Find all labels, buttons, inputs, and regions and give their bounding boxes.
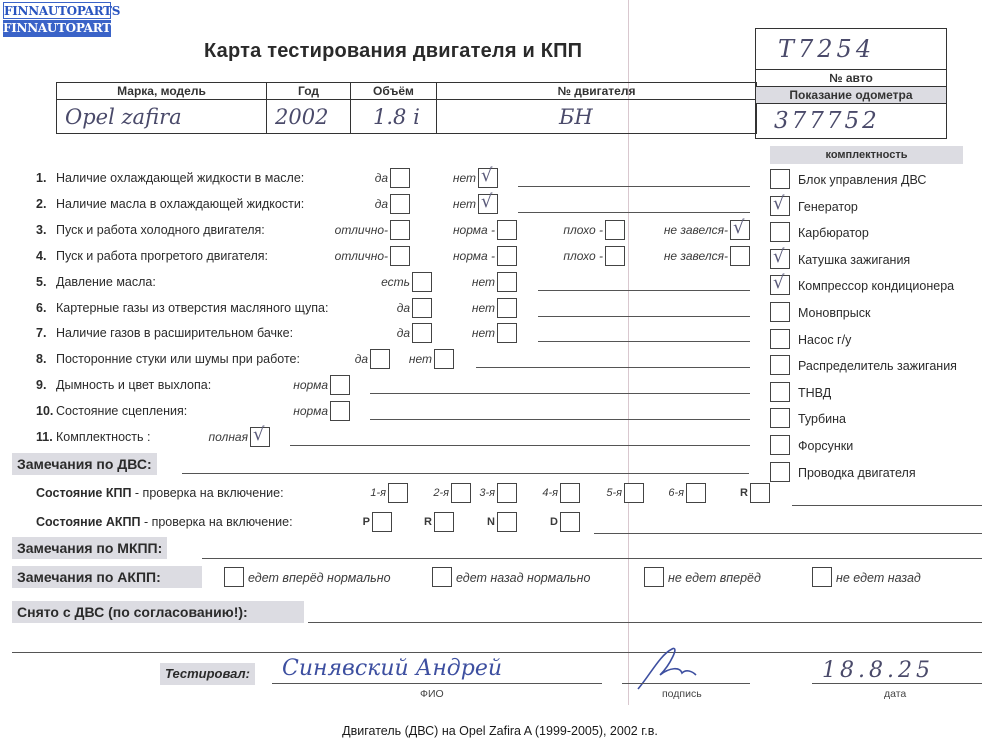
date-caption: дата <box>884 688 906 700</box>
completeness-checkbox[interactable]: √ <box>770 249 790 269</box>
manual-gear-checkbox[interactable] <box>560 483 580 503</box>
auto-remark-option-label: едет назад нормально <box>456 567 590 589</box>
manual-gear-label: 6-я <box>644 482 684 504</box>
question-notes-line[interactable] <box>538 290 750 291</box>
auto-check-line[interactable] <box>594 533 982 534</box>
completeness-checkbox[interactable] <box>770 462 790 482</box>
question-notes-line[interactable] <box>538 316 750 317</box>
check-mark-icon: √ <box>481 165 492 186</box>
question-notes-line[interactable] <box>476 367 750 368</box>
completeness-checkbox[interactable] <box>770 222 790 242</box>
auto-remark-checkbox[interactable] <box>644 567 664 587</box>
manual-gear-checkbox[interactable] <box>686 483 706 503</box>
signature-caption: подпись <box>662 688 702 700</box>
tester-name[interactable]: Синявский Андрей <box>282 656 502 681</box>
option-checkbox[interactable] <box>497 323 517 343</box>
column-volume: Объём <box>351 83 437 100</box>
manual-gear-label: 3-я <box>455 482 495 504</box>
completeness-item-label: Блок управления ДВС <box>798 169 926 191</box>
completeness-item-label: Распределитель зажигания <box>798 355 957 377</box>
auto-remark-checkbox[interactable] <box>812 567 832 587</box>
watermark-badge-bottom: FINNAUTOPARTS <box>3 20 111 37</box>
checklist-question: 4.Пуск и работа прогретого двигателя: <box>36 245 268 267</box>
option-checkbox[interactable] <box>497 246 517 266</box>
column-make-model: Марка, модель <box>57 83 267 100</box>
question-number: 9. <box>36 374 56 396</box>
option-checkbox[interactable]: √ <box>250 427 270 447</box>
manual-gearbox-bold: Состояние КПП <box>36 486 131 500</box>
option-label: норма <box>240 400 328 422</box>
tested-by-label: Тестировал: <box>160 663 255 685</box>
option-checkbox[interactable]: √ <box>730 220 750 240</box>
manual-gear-label: 4-я <box>518 482 558 504</box>
question-notes-line[interactable] <box>518 212 750 213</box>
auto-remark-checkbox[interactable] <box>224 567 244 587</box>
question-label: Пуск и работа прогретого двигателя: <box>56 249 268 263</box>
question-notes-line[interactable] <box>518 186 750 187</box>
value-engine-number[interactable]: БН <box>437 100 757 134</box>
option-checkbox[interactable] <box>497 272 517 292</box>
auto-number-label: № авто <box>756 69 946 86</box>
manual-gear-checkbox[interactable] <box>624 483 644 503</box>
image-caption: Двигатель (ДВС) на Opel Zafira A (1999-2… <box>0 724 1000 738</box>
option-label: есть <box>322 271 410 293</box>
manual-remarks-heading: Замечания по МКПП: <box>12 537 167 559</box>
check-mark-icon: √ <box>773 246 784 268</box>
manual-remarks-line[interactable] <box>202 558 982 559</box>
question-number: 1. <box>36 167 56 189</box>
option-label: нет <box>407 322 495 344</box>
option-label: норма - <box>407 219 495 241</box>
option-label: да <box>300 193 388 215</box>
auto-number-value[interactable]: T7254 <box>756 29 946 69</box>
checklist-question: 3.Пуск и работа холодного двигателя: <box>36 219 265 241</box>
auto-gearbox-check-label: Состояние АКПП - проверка на включение: <box>36 511 293 533</box>
question-label: Комплектность : <box>56 430 150 444</box>
auto-gear-checkbox[interactable] <box>372 512 392 532</box>
check-mark-icon: √ <box>773 193 784 215</box>
completeness-checkbox[interactable] <box>770 329 790 349</box>
option-label: да <box>322 322 410 344</box>
engine-remarks-line[interactable] <box>182 473 749 474</box>
option-label: нет <box>388 167 476 189</box>
completeness-item-label: Катушка зажигания <box>798 249 910 271</box>
question-label: Давление масла: <box>56 275 156 289</box>
auto-remark-option-label: не едет вперёд <box>668 567 761 589</box>
option-checkbox[interactable]: √ <box>478 194 498 214</box>
question-label: Дымность и цвет выхлопа: <box>56 378 211 392</box>
question-label: Картерные газы из отверстия масляного щу… <box>56 301 328 315</box>
completeness-item-label: Турбина <box>798 408 846 430</box>
auto-remarks-heading: Замечания по АКПП: <box>12 566 202 588</box>
option-checkbox[interactable] <box>497 298 517 318</box>
question-notes-line[interactable] <box>370 393 750 394</box>
watermark-badge-top: FINNAUTOPARTS <box>3 2 111 19</box>
completeness-checkbox[interactable]: √ <box>770 196 790 216</box>
auto-remark-option-label: едет вперёд нормально <box>248 567 391 589</box>
checklist-question: 5.Давление масла: <box>36 271 156 293</box>
vehicle-info-table: Марка, модель Год Объём № двигателя Opel… <box>56 82 757 134</box>
manual-gearbox-rest: - проверка на включение: <box>131 486 283 500</box>
question-number: 2. <box>36 193 56 215</box>
completeness-item-label: Карбюратор <box>798 222 869 244</box>
check-mark-icon: √ <box>481 191 492 212</box>
question-label: Наличие газов в расширительном бачке: <box>56 326 293 340</box>
auto-gear-label: N <box>455 511 495 533</box>
option-label: норма - <box>407 245 495 267</box>
checklist-question: 8.Посторонние стуки или шумы при работе: <box>36 348 300 370</box>
question-notes-line[interactable] <box>290 445 750 446</box>
option-checkbox[interactable] <box>330 401 350 421</box>
completeness-header: комплектность <box>770 146 963 164</box>
completeness-checkbox[interactable] <box>770 408 790 428</box>
question-number: 3. <box>36 219 56 241</box>
engine-remarks-heading: Замечания по ДВС: <box>12 453 157 475</box>
checklist-question: 9.Дымность и цвет выхлопа: <box>36 374 211 396</box>
question-label: Посторонние стуки или шумы при работе: <box>56 352 300 366</box>
completeness-checkbox[interactable]: √ <box>770 275 790 295</box>
question-notes-line[interactable] <box>538 341 750 342</box>
completeness-item-label: Генератор <box>798 196 858 218</box>
checklist-question: 6.Картерные газы из отверстия масляного … <box>36 297 328 319</box>
removed-parts-line-2[interactable] <box>12 652 982 653</box>
option-label: нет <box>407 297 495 319</box>
manual-gear-label: R <box>708 482 748 504</box>
tester-name-line <box>272 683 602 684</box>
auto-remark-checkbox[interactable] <box>432 567 452 587</box>
auto-gear-label: D <box>518 511 558 533</box>
option-label: полная <box>160 426 248 448</box>
signature-line <box>622 683 750 684</box>
question-label: Наличие охлаждающей жидкости в масле: <box>56 171 304 185</box>
auto-gear-label: R <box>392 511 432 533</box>
value-make-model[interactable]: Opel zafira <box>57 100 267 134</box>
manual-gear-checkbox[interactable] <box>750 483 770 503</box>
completeness-checkbox[interactable] <box>770 435 790 455</box>
completeness-item-label: Проводка двигателя <box>798 462 916 484</box>
odometer-value[interactable]: 377752 <box>756 103 946 138</box>
completeness-checkbox[interactable] <box>770 355 790 375</box>
completeness-item-label: Насос г/у <box>798 329 851 351</box>
removed-parts-line[interactable] <box>308 622 982 623</box>
question-label: Пуск и работа холодного двигателя: <box>56 223 265 237</box>
question-number: 10. <box>36 400 56 422</box>
option-label: нет <box>407 271 495 293</box>
date-value[interactable]: 18.8.25 <box>822 658 934 683</box>
auto-remark-option-label: не едет назад <box>836 567 921 589</box>
completeness-item-label: Форсунки <box>798 435 853 457</box>
date-line <box>812 683 982 684</box>
option-label: плохо - <box>515 219 603 241</box>
option-label: не завелся- <box>640 219 728 241</box>
question-notes-line[interactable] <box>370 419 750 420</box>
form-title: Карта тестирования двигателя и КПП <box>204 40 582 63</box>
manual-check-line[interactable] <box>792 505 982 506</box>
completeness-item-label: Моновпрыск <box>798 302 870 324</box>
column-engine-number: № двигателя <box>437 83 757 100</box>
auto-gearbox-rest: - проверка на включение: <box>140 515 292 529</box>
option-label: отлично- <box>300 219 388 241</box>
auto-gear-label: P <box>330 511 370 533</box>
question-label: Состояние сцепления: <box>56 404 187 418</box>
manual-gear-label: 5-я <box>582 482 622 504</box>
auto-gearbox-bold: Состояние АКПП <box>36 515 140 529</box>
completeness-item-label: ТНВД <box>798 382 831 404</box>
checklist-question: 7.Наличие газов в расширительном бачке: <box>36 322 293 344</box>
completeness-checkbox[interactable] <box>770 169 790 189</box>
value-volume[interactable]: 1.8 i <box>351 100 437 134</box>
question-number: 5. <box>36 271 56 293</box>
option-checkbox[interactable] <box>330 375 350 395</box>
option-label: нет <box>388 193 476 215</box>
option-checkbox[interactable] <box>497 220 517 240</box>
auto-gear-checkbox[interactable] <box>560 512 580 532</box>
question-number: 11. <box>36 426 56 448</box>
name-caption: ФИО <box>420 688 444 700</box>
option-checkbox[interactable] <box>730 246 750 266</box>
checklist-question: 2.Наличие масла в охлаждающей жидкости: <box>36 193 304 215</box>
value-year[interactable]: 2002 <box>267 100 351 134</box>
option-label: норма <box>240 374 328 396</box>
checklist-question: 11.Комплектность : <box>36 426 150 448</box>
question-number: 6. <box>36 297 56 319</box>
completeness-checkbox[interactable] <box>770 302 790 322</box>
option-label: плохо - <box>515 245 603 267</box>
manual-gearbox-check-label: Состояние КПП - проверка на включение: <box>36 482 284 504</box>
option-checkbox[interactable] <box>605 246 625 266</box>
column-year: Год <box>267 83 351 100</box>
question-number: 4. <box>36 245 56 267</box>
check-mark-icon: √ <box>773 272 784 294</box>
option-checkbox[interactable] <box>605 220 625 240</box>
checklist-question: 1.Наличие охлаждающей жидкости в масле: <box>36 167 304 189</box>
check-mark-icon: √ <box>733 217 744 238</box>
manual-gear-label: 1-я <box>346 482 386 504</box>
odometer-label: Показание одометра <box>756 86 946 103</box>
question-label: Наличие масла в охлаждающей жидкости: <box>56 197 304 211</box>
option-checkbox[interactable] <box>434 349 454 369</box>
question-number: 7. <box>36 322 56 344</box>
check-mark-icon: √ <box>253 424 264 445</box>
manual-gear-label: 2-я <box>409 482 449 504</box>
manual-gear-checkbox[interactable] <box>497 483 517 503</box>
question-number: 8. <box>36 348 56 370</box>
option-label: да <box>300 167 388 189</box>
auto-odometer-box: T7254 № авто Показание одометра 377752 <box>755 28 947 139</box>
removed-parts-heading: Снято с ДВС (по согласованию!): <box>12 601 304 623</box>
completeness-item-label: Компрессор кондиционера <box>798 275 954 297</box>
auto-gear-checkbox[interactable] <box>497 512 517 532</box>
option-label: да <box>322 297 410 319</box>
completeness-checkbox[interactable] <box>770 382 790 402</box>
checklist-question: 10.Состояние сцепления: <box>36 400 187 422</box>
auto-gear-checkbox[interactable] <box>434 512 454 532</box>
option-label: нет <box>344 348 432 370</box>
option-checkbox[interactable]: √ <box>478 168 498 188</box>
option-label: отлично- <box>300 245 388 267</box>
manual-gear-checkbox[interactable] <box>388 483 408 503</box>
option-label: не завелся- <box>640 245 728 267</box>
